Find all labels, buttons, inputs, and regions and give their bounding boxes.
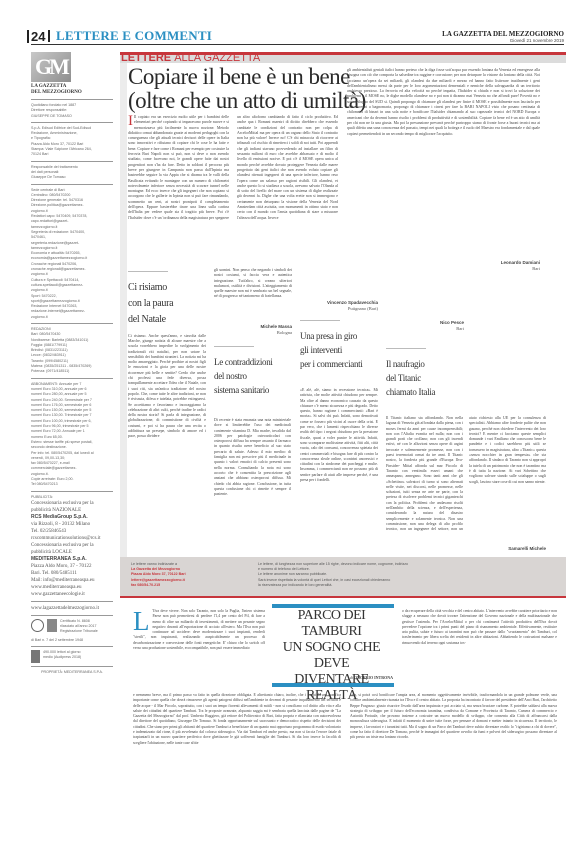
commercianti-city: Bari bbox=[386, 326, 464, 331]
audipress-logo-icon bbox=[31, 650, 40, 663]
tamburi-bottom-bar bbox=[272, 683, 394, 687]
fieg-logo-icon bbox=[47, 619, 57, 632]
owner: PROPRIETÀ: MEDITERRANEA S.P.A. bbox=[31, 666, 113, 678]
titanic-letter: Il naufragio del Titanic chiamato Italia bbox=[386, 348, 464, 399]
header-divider bbox=[48, 30, 50, 42]
sanitario-title: Le contraddizioni del nostro sistema san… bbox=[214, 355, 292, 397]
sidebar-block: REDAZIONIBari: 080/5470430Nordbarese: Ba… bbox=[31, 323, 113, 378]
main-letter-continuation: gli ambientalisti geniali italici hanno … bbox=[347, 68, 540, 253]
tamburi-col-right: sica, si potrà così bonificare l'ampia a… bbox=[350, 693, 557, 805]
footer-red-rule bbox=[120, 596, 566, 598]
tamburi-col-left: e nemmeno breve, ma il primo passo va fa… bbox=[133, 693, 341, 805]
letters-rules: Le lettere, di lunghezza non superiore a… bbox=[258, 562, 408, 588]
sidebar-block: Sede centrale di Bari:Centralino: 080/54… bbox=[31, 184, 113, 323]
commercianti-title: Una presa in giro gli interventi per i c… bbox=[300, 329, 378, 371]
sidebar-block: S.p.A. Edisud Editrice del Sud-EdisudRed… bbox=[31, 122, 113, 161]
tamburi-byline: di ONOFRIO INTRONA bbox=[270, 675, 393, 680]
local-ads: Concessionaria esclusiva per la pubblici… bbox=[31, 542, 113, 556]
sanitario-body-end: Di recente è stata emanata una nota mini… bbox=[300, 268, 378, 296]
paper-name: LA GAZZETTA DEL MEZZOGIORNO bbox=[442, 30, 564, 38]
letters-address: Le lettere vanno indirizzate a La Gazzet… bbox=[131, 562, 186, 588]
advertising-block: PUBBLICITÀ: Concessionaria esclusiva per… bbox=[31, 491, 113, 601]
sanitario-city: Putignano (Bari) bbox=[300, 306, 378, 311]
sidebar-block: ABBONAMENTI: Annuale per 7numeri Euro 31… bbox=[31, 378, 113, 491]
header-rule bbox=[31, 44, 564, 45]
sidebar-block: Responsabile del trattamentodei dati per… bbox=[31, 161, 113, 184]
commercianti-body: «E alè, alè, siamo in recessione tecnica… bbox=[300, 388, 378, 536]
kicker: LETTERE ALLA GAZZETTA bbox=[121, 53, 260, 64]
page-number: 24 bbox=[31, 29, 45, 44]
website-link[interactable]: www.lagazzettadelmezzogiorno.it bbox=[31, 605, 113, 612]
certification-seal-icon bbox=[31, 619, 44, 632]
mediterranea-name: MEDITERRANEA S.p.A. bbox=[31, 556, 113, 563]
title-rule bbox=[128, 271, 168, 272]
title-rule bbox=[214, 346, 254, 347]
main-letter-body: IIl copiato era un esercizio molto utile… bbox=[128, 115, 338, 256]
national-ads: Concessionaria esclusiva per la pubblici… bbox=[31, 500, 113, 514]
rcs-name: RCS MediaGroup S.p.A. bbox=[31, 514, 113, 521]
section-title: LETTERE E COMMENTI bbox=[56, 28, 212, 44]
signature: Leonardo Damiani bbox=[440, 260, 540, 265]
ecologie-web-link[interactable]: www.gazzettaneecologie.it bbox=[31, 591, 113, 598]
tamburi-right-top: o da recuperare della città vecchia e de… bbox=[402, 609, 557, 689]
titanic-body: Il Titanic italiano sta affondando. Non … bbox=[386, 416, 546, 536]
natale-letter: Ci risiamo con la paura del Natale Ci ri… bbox=[128, 271, 206, 548]
titanic-title: Il naufragio del Titanic chiamato Italia bbox=[386, 357, 464, 399]
mediterranea-web-link[interactable]: www.mediterraneaspa.eu bbox=[31, 584, 113, 591]
natale-title: Ci risiamo con la paura del Natale bbox=[128, 280, 206, 328]
sidebar-block: Quotidiano fondato nel 1887Direttore res… bbox=[31, 99, 113, 122]
natale-city: Bologna bbox=[214, 330, 292, 335]
natale-body: Ci risiamo. Anche quest'anno, e stavolta… bbox=[128, 334, 206, 548]
natale-body-cont: gli uomini. Non penso che negando i simb… bbox=[214, 268, 292, 320]
title-rule bbox=[386, 348, 426, 349]
tamburi-lead: L'Ilva deve vivere. Non solo Taranto, no… bbox=[133, 609, 265, 684]
website-block: www.lagazzettadelmezzogiorno.it bbox=[31, 601, 113, 615]
rcs-email-link[interactable]: rcscommunicationsolutions@rcs.it bbox=[31, 535, 113, 542]
sanitario-letter: Le contraddizioni del nostro sistema san… bbox=[214, 346, 292, 397]
titanic-signature: Samarelli Michele bbox=[472, 546, 546, 551]
issue-date: Giovedì 21 novembre 2019 bbox=[510, 38, 564, 43]
title-rule bbox=[300, 320, 340, 321]
dropcap: I bbox=[128, 115, 133, 128]
commercianti-signature: Nico Pesce bbox=[386, 320, 464, 325]
readers-block: 490.000 lettori al giorno medio (Audipre… bbox=[31, 646, 113, 666]
sidebar-info-blocks: Quotidiano fondato nel 1887Direttore res… bbox=[31, 99, 113, 491]
commercianti-body-end bbox=[386, 268, 464, 296]
mediterranea-email-link[interactable]: Mail: info@mediterraneaspa.eu bbox=[31, 577, 113, 584]
logo-name: LA GAZZETTA DEL MEZZOGIORNO bbox=[31, 84, 113, 95]
tamburi-dropcap: L bbox=[133, 610, 150, 632]
titanic-body-cont bbox=[472, 294, 546, 414]
gm-logo-icon: GM bbox=[31, 52, 71, 82]
commercianti-letter: Una presa in giro gli interventi per i c… bbox=[300, 320, 378, 371]
sanitario-signature: Vincenzo Spadavecchia bbox=[300, 300, 378, 305]
natale-signature: Michele Massa bbox=[214, 324, 292, 329]
masthead-sidebar: GM LA GAZZETTA DEL MEZZOGIORNO Quotidian… bbox=[31, 52, 113, 678]
certificate-block: Certificato N. 8608 rilasciato all'anno … bbox=[31, 615, 113, 638]
tamburi-title: PARCO DEI TAMBURI UN SOGNO CHE DEVE DIVE… bbox=[270, 608, 393, 704]
